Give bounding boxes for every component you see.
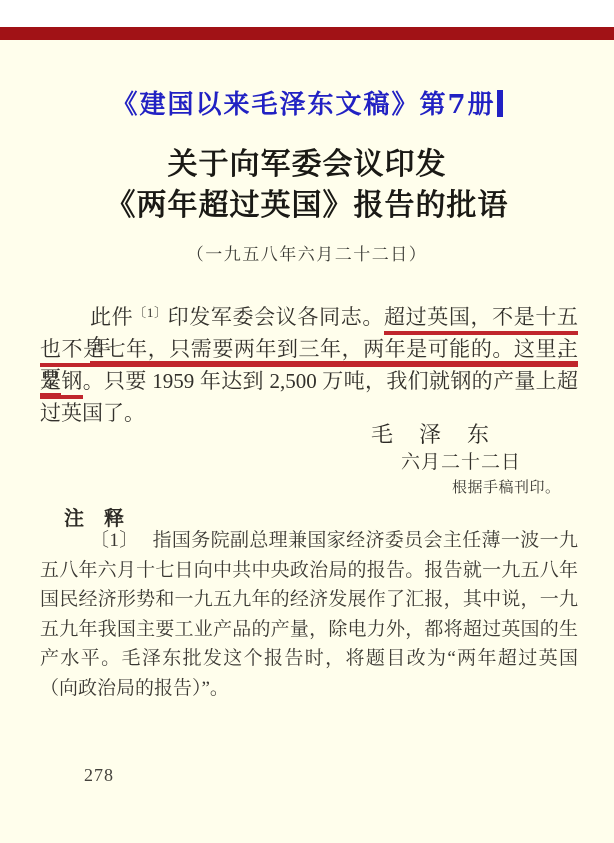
doc-title-line1: 关于向军委会议印发	[0, 147, 614, 183]
page-number: 278	[84, 765, 114, 786]
footnote-text: 指国务院副总理兼国家经济委员会主任薄一波一九五八年六月十七日向中共中央政治局的报…	[40, 530, 578, 699]
footnote-marker: 〔1〕	[90, 530, 139, 551]
signature-date: 六月二十二日	[401, 447, 521, 474]
red-underlined-text: 是钢	[40, 369, 83, 399]
body-line1-mid: 印发军委会议各同志。	[168, 305, 384, 329]
book-page: 《建国以来毛泽东文稿》第7册 关于向军委会议印发 《两年超过英国》报告的批语 （…	[0, 0, 614, 843]
text-cursor-icon	[497, 90, 503, 117]
body-line3-rest: 。只要 1959 年达到 2,500 万吨，我们就钢的产量上超	[83, 369, 578, 393]
footnote-ref: 〔1〕	[133, 305, 167, 320]
signature: 毛 泽 东	[371, 418, 491, 449]
doc-title-line2: 《两年超过英国》报告的批语	[0, 188, 614, 224]
series-title: 《建国以来毛泽东文稿》第7册	[0, 88, 614, 122]
doc-date: （一九五八年六月二十二日）	[0, 240, 614, 265]
body-line-3: 是钢。只要 1959 年达到 2,500 万吨，我们就钢的产量上超	[40, 366, 578, 396]
top-margin	[0, 0, 614, 27]
footnote-paragraph: 〔1〕指国务院副总理兼国家经济委员会主任薄一波一九五八年六月十七日向中共中央政治…	[40, 526, 578, 703]
series-title-text: 《建国以来毛泽东文稿》第7册	[111, 90, 495, 120]
body-line-4: 过英国了。	[40, 398, 578, 428]
red-top-bar	[0, 27, 614, 40]
body-line1-pre: 此件	[90, 305, 133, 329]
source-note: 根据手稿刊印。	[452, 476, 561, 497]
